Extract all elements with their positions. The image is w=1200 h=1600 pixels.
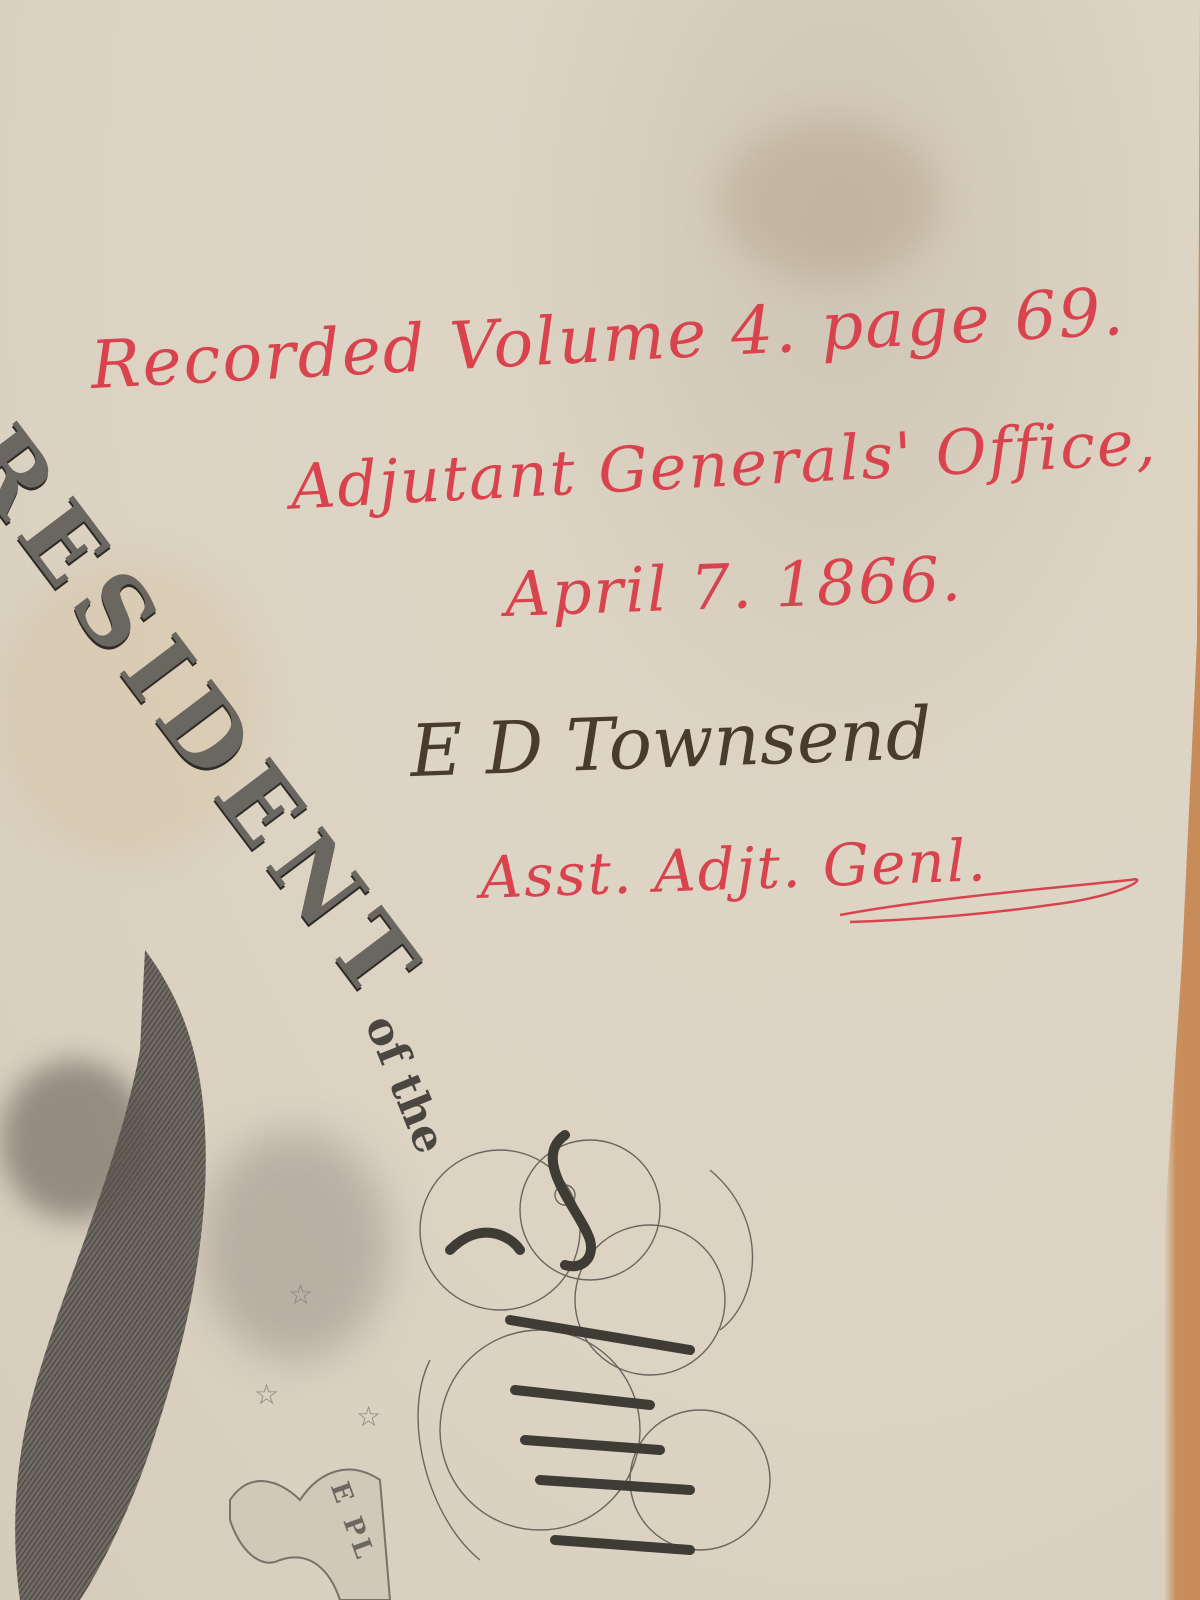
cloud-shading xyxy=(0,1060,150,1220)
star-icon: ☆ xyxy=(254,1378,279,1411)
title-underline-flourish-icon xyxy=(830,860,1150,930)
document-paper: RESIDENT of the xyxy=(0,0,1200,1600)
star-icon: ☆ xyxy=(288,1278,313,1311)
record-line-1: Recorded Volume 4. page 69. xyxy=(89,273,1128,404)
star-icon: ☆ xyxy=(356,1400,381,1433)
cloud-shading xyxy=(200,1130,390,1360)
paper-stain xyxy=(720,120,940,280)
signature: E D Townsend xyxy=(409,691,933,793)
record-line-2: Adjutant Generals' Office, xyxy=(289,405,1159,523)
record-date: April 7. 1866. xyxy=(504,542,964,631)
ribbon-scroll-icon xyxy=(220,1460,400,1600)
ornamental-flourish-icon xyxy=(390,1100,810,1600)
